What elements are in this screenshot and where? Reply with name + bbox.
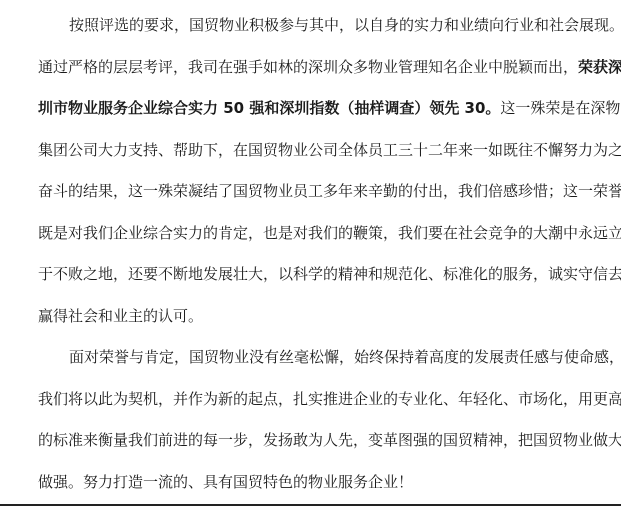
text-run: 奋斗的结果，这一殊荣凝结了国贸物业员工多年来辛勤的付出，我们倍感珍惜；这一荣誉 xyxy=(38,182,621,200)
text-line: 既是对我们企业综合实力的肯定，也是对我们的鞭策，我们要在社会竞争的大潮中永远立 xyxy=(38,218,583,260)
text-line: 赢得社会和业主的认可。 xyxy=(38,301,583,343)
text-line: 奋斗的结果，这一殊荣凝结了国贸物业员工多年来辛勤的付出，我们倍感珍惜；这一荣誉 xyxy=(38,176,583,218)
text-run: 于不败之地，还要不断地发展壮大，以科学的精神和规范化、标准化的服务，诚实守信去 xyxy=(38,265,621,283)
text-line: 集团公司大力支持、帮助下，在国贸物业公司全体员工三十二年来一如既往不懈努力为之 xyxy=(38,135,583,177)
text-run: 集团公司大力支持、帮助下，在国贸物业公司全体员工三十二年来一如既往不懈努力为之 xyxy=(38,141,621,159)
bold-text-run: 荣获深 xyxy=(578,58,621,76)
text-line: 的标准来衡量我们前进的每一步，发扬敢为人先，变革图强的国贸精神，把国贸物业做大 xyxy=(38,425,583,467)
paragraph-1: 按照评选的要求，国贸物业积极参与其中，以自身的实力和业绩向行业和社会展现。 通过… xyxy=(38,10,583,342)
text-line: 按照评选的要求，国贸物业积极参与其中，以自身的实力和业绩向行业和社会展现。 xyxy=(38,10,583,52)
text-run: 这一殊荣是在深物业 xyxy=(500,99,621,117)
text-line: 做强。努力打造一流的、具有国贸特色的物业服务企业！ xyxy=(38,467,583,507)
text-line: 圳市物业服务企业综合实力 50 强和深圳指数（抽样调查）领先 30。这一殊荣是在… xyxy=(38,93,583,135)
text-run: 通过严格的层层考评，我司在强手如林的深圳众多物业管理知名企业中脱颖而出， xyxy=(38,58,578,76)
text-line: 我们将以此为契机，并作为新的起点，扎实推进企业的专业化、年轻化、市场化，用更高 xyxy=(38,384,583,426)
text-run: 我们将以此为契机，并作为新的起点，扎实推进企业的专业化、年轻化、市场化，用更高 xyxy=(38,390,621,408)
text-run: 做强。努力打造一流的、具有国贸特色的物业服务企业！ xyxy=(38,473,413,491)
text-run: 既是对我们企业综合实力的肯定，也是对我们的鞭策，我们要在社会竞争的大潮中永远立 xyxy=(38,224,621,242)
text-run: 面对荣誉与肯定，国贸物业没有丝毫松懈，始终保持着高度的发展责任感与使命感， xyxy=(69,348,621,366)
text-line: 于不败之地，还要不断地发展壮大，以科学的精神和规范化、标准化的服务，诚实守信去 xyxy=(38,259,583,301)
text-line: 面对荣誉与肯定，国贸物业没有丝毫松懈，始终保持着高度的发展责任感与使命感， xyxy=(38,342,583,384)
text-run: 赢得社会和业主的认可。 xyxy=(38,307,203,325)
bottom-rule-divider xyxy=(0,504,621,506)
paragraph-2: 面对荣誉与肯定，国贸物业没有丝毫松懈，始终保持着高度的发展责任感与使命感， 我们… xyxy=(38,342,583,507)
text-run: 按照评选的要求，国贸物业积极参与其中，以自身的实力和业绩向行业和社会展现。 xyxy=(69,16,621,34)
text-line: 通过严格的层层考评，我司在强手如林的深圳众多物业管理知名企业中脱颖而出，荣获深 xyxy=(38,52,583,94)
text-run: 的标准来衡量我们前进的每一步，发扬敢为人先，变革图强的国贸精神，把国贸物业做大 xyxy=(38,431,621,449)
bold-text-run: 圳市物业服务企业综合实力 50 强和深圳指数（抽样调查）领先 30。 xyxy=(38,99,500,117)
document-body: 按照评选的要求，国贸物业积极参与其中，以自身的实力和业绩向行业和社会展现。 通过… xyxy=(38,10,583,507)
